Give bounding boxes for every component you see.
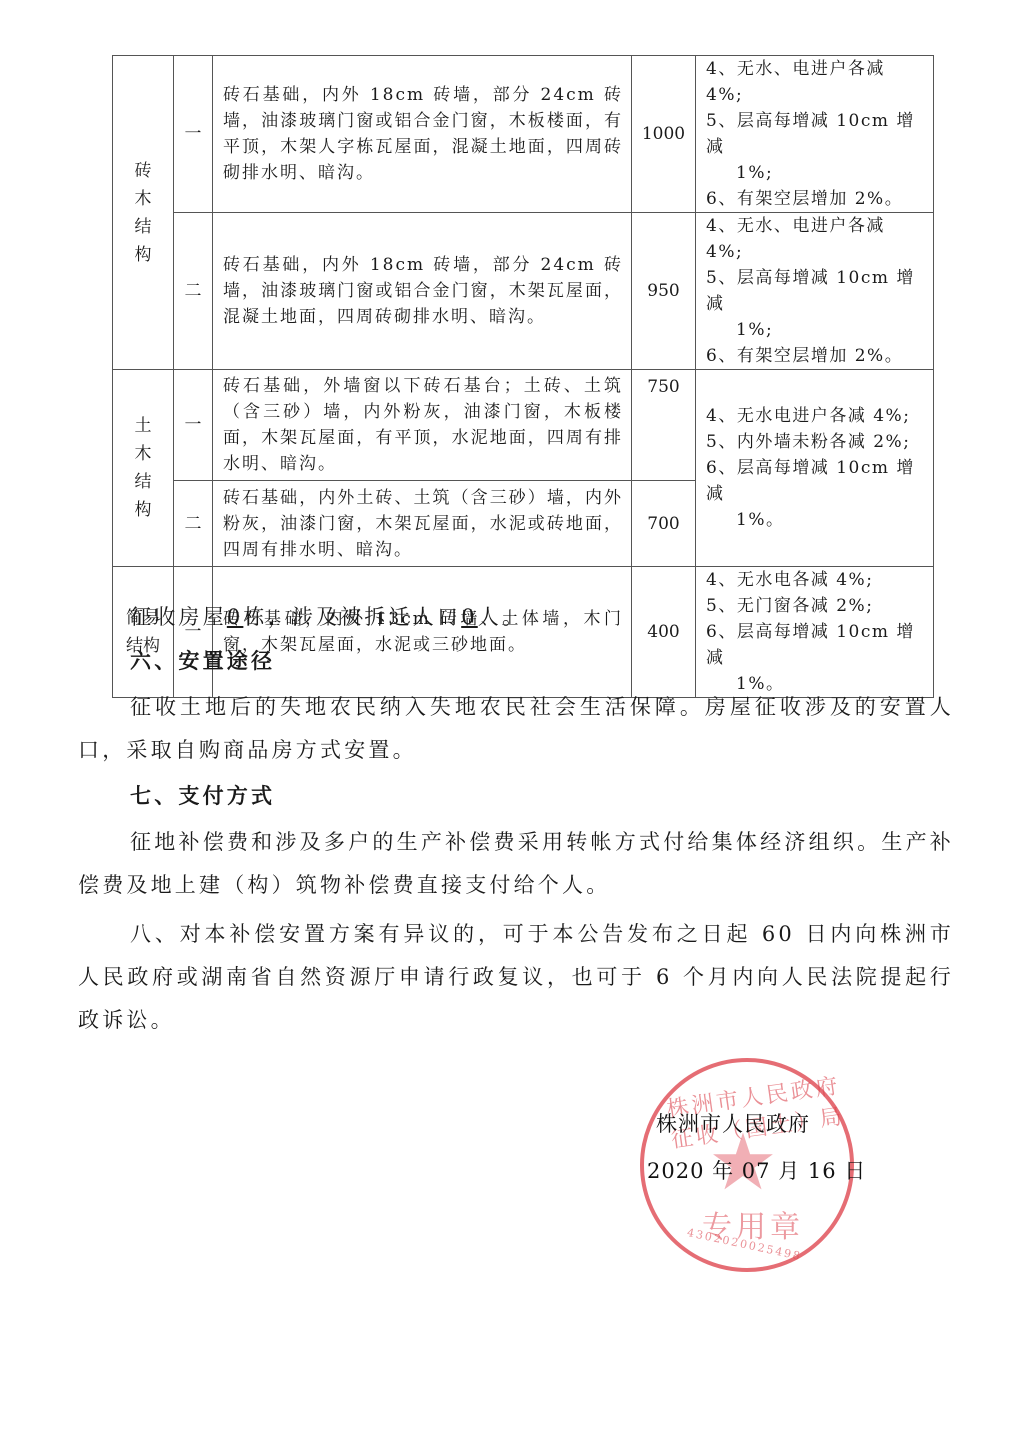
price-value: 750 xyxy=(647,377,679,397)
section-body-text: 征地补偿费和涉及多户的生产补偿费采用转帐方式付给集体经济组织。生产补偿费及地上建… xyxy=(78,830,954,897)
section-body-text: 征收土地后的失地农民纳入失地农民社会生活保障。房屋征收涉及的安置人口，采取自购商… xyxy=(78,695,954,762)
category-cell: 砖木结构 xyxy=(113,56,174,370)
section7-body: 征地补偿费和涉及多户的生产补偿费采用转帐方式付给集体经济组织。生产补偿费及地上建… xyxy=(78,821,954,907)
notes-cell: 4、无水、电进户各减 4%; 5、层高每增减 10cm 增减 1%; 6、有架空… xyxy=(696,56,934,213)
note-line: 4、无水电进户各减 4%; xyxy=(706,403,925,429)
notes-cell: 4、无水、电进户各减 4%; 5、层高每增减 10cm 增减 1%; 6、有架空… xyxy=(696,213,934,370)
category-label: 土木结构 xyxy=(134,412,152,524)
description-cell: 砖石基础，内外 18cm 砖墙，部分 24cm 砖墙，油漆玻璃门窗或铝合金门窗，… xyxy=(213,213,632,370)
grade-cell: 一 xyxy=(174,370,213,481)
note-line: 4、无水、电进户各减 4%; xyxy=(706,213,925,265)
price-cell: 750 xyxy=(632,370,696,481)
section6-body: 征收土地后的失地农民纳入失地农民社会生活保障。房屋征收涉及的安置人口，采取自购商… xyxy=(78,686,954,772)
signature-date: 2020 年 07 月 16 日 xyxy=(647,1155,866,1185)
price-value: 700 xyxy=(647,514,679,534)
summary-suffix: 人。 xyxy=(478,605,526,629)
grade-label: 一 xyxy=(185,415,202,435)
description-text: 砖石基础，内外 18cm 砖墙，部分 24cm 砖墙，油漆玻璃门窗或铝合金门窗，… xyxy=(223,255,623,327)
note-line: 1%; xyxy=(706,317,925,343)
price-value: 950 xyxy=(647,281,679,301)
grade-label: 二 xyxy=(185,514,202,534)
demolition-summary: 征收房屋0栋，涉及被拆迁人口0人。 xyxy=(78,596,954,639)
description-cell: 砖石基础，内外土砖、土筑（含三砂）墙，内外粉灰，油漆门窗，木架瓦屋面，水泥或砖地… xyxy=(213,481,632,567)
signature-org: 株洲市人民政府 xyxy=(656,1108,810,1138)
description-text: 砖石基础，外墙窗以下砖石基台；土砖、土筑（含三砂）墙，内外粉灰，油漆门窗，木板楼… xyxy=(223,376,623,474)
grade-cell: 一 xyxy=(174,56,213,213)
description-text: 砖石基础，内外土砖、土筑（含三砂）墙，内外粉灰，油漆门窗，木架瓦屋面，水泥或砖地… xyxy=(223,488,623,560)
section7-heading: 七、支付方式 xyxy=(78,775,954,818)
grade-cell: 二 xyxy=(174,213,213,370)
document-page: 砖木结构 一 砖石基础，内外 18cm 砖墙，部分 24cm 砖墙，油漆玻璃门窗… xyxy=(0,0,1024,1455)
grade-label: 二 xyxy=(185,281,202,301)
grade-cell: 二 xyxy=(174,481,213,567)
category-label: 砖木结构 xyxy=(134,157,152,269)
note-line: 4、无水、电进户各减 4%; xyxy=(706,56,925,108)
table-row: 二 砖石基础，内外 18cm 砖墙，部分 24cm 砖墙，油漆玻璃门窗或铝合金门… xyxy=(113,213,934,370)
people-count: 0 xyxy=(461,605,478,629)
price-cell: 1000 xyxy=(632,56,696,213)
summary-prefix: 征收房屋 xyxy=(78,605,227,629)
notes-cell: 4、无水电进户各减 4%; 5、内外墙未粉各减 2%; 6、层高每增减 10cm… xyxy=(696,370,934,567)
table-row: 土木结构 一 砖石基础，外墙窗以下砖石基台；土砖、土筑（含三砂）墙，内外粉灰，油… xyxy=(113,370,934,481)
note-line: 6、有架空层增加 2%。 xyxy=(706,186,925,212)
grade-label: 一 xyxy=(185,124,202,144)
summary-mid: 栋，涉及被拆迁人口 xyxy=(243,605,461,629)
description-cell: 砖石基础，外墙窗以下砖石基台；土砖、土筑（含三砂）墙，内外粉灰，油漆门窗，木板楼… xyxy=(213,370,632,481)
price-cell: 950 xyxy=(632,213,696,370)
price-cell: 700 xyxy=(632,481,696,567)
note-line: 4、无水电各减 4%; xyxy=(706,567,925,593)
note-line: 1%。 xyxy=(706,507,925,533)
section-body-text: 八、对本补偿安置方案有异议的，可于本公告发布之日起 60 日内向株洲市人民政府或… xyxy=(78,922,954,1032)
description-text: 砖石基础，内外 18cm 砖墙，部分 24cm 砖墙，油漆玻璃门窗或铝合金门窗，… xyxy=(223,85,623,183)
price-value: 1000 xyxy=(642,124,685,144)
note-line: 5、层高每增减 10cm 增减 xyxy=(706,108,925,160)
section-heading-text: 七、支付方式 xyxy=(78,784,275,808)
description-cell: 砖石基础，内外 18cm 砖墙，部分 24cm 砖墙，油漆玻璃门窗或铝合金门窗，… xyxy=(213,56,632,213)
note-line: 5、层高每增减 10cm 增减 xyxy=(706,265,925,317)
category-cell: 土木结构 xyxy=(113,370,174,567)
houses-count: 0 xyxy=(227,605,244,629)
section6-heading: 六、安置途径 xyxy=(78,640,954,683)
note-line: 5、内外墙未粉各减 2%; xyxy=(706,429,925,455)
section8-body: 八、对本补偿安置方案有异议的，可于本公告发布之日起 60 日内向株洲市人民政府或… xyxy=(78,913,954,1042)
note-line: 1%; xyxy=(706,160,925,186)
table-row: 砖木结构 一 砖石基础，内外 18cm 砖墙，部分 24cm 砖墙，油漆玻璃门窗… xyxy=(113,56,934,213)
section-heading-text: 六、安置途径 xyxy=(78,649,275,673)
note-line: 6、有架空层增加 2%。 xyxy=(706,343,925,369)
note-line: 6、层高每增减 10cm 增减 xyxy=(706,455,925,507)
